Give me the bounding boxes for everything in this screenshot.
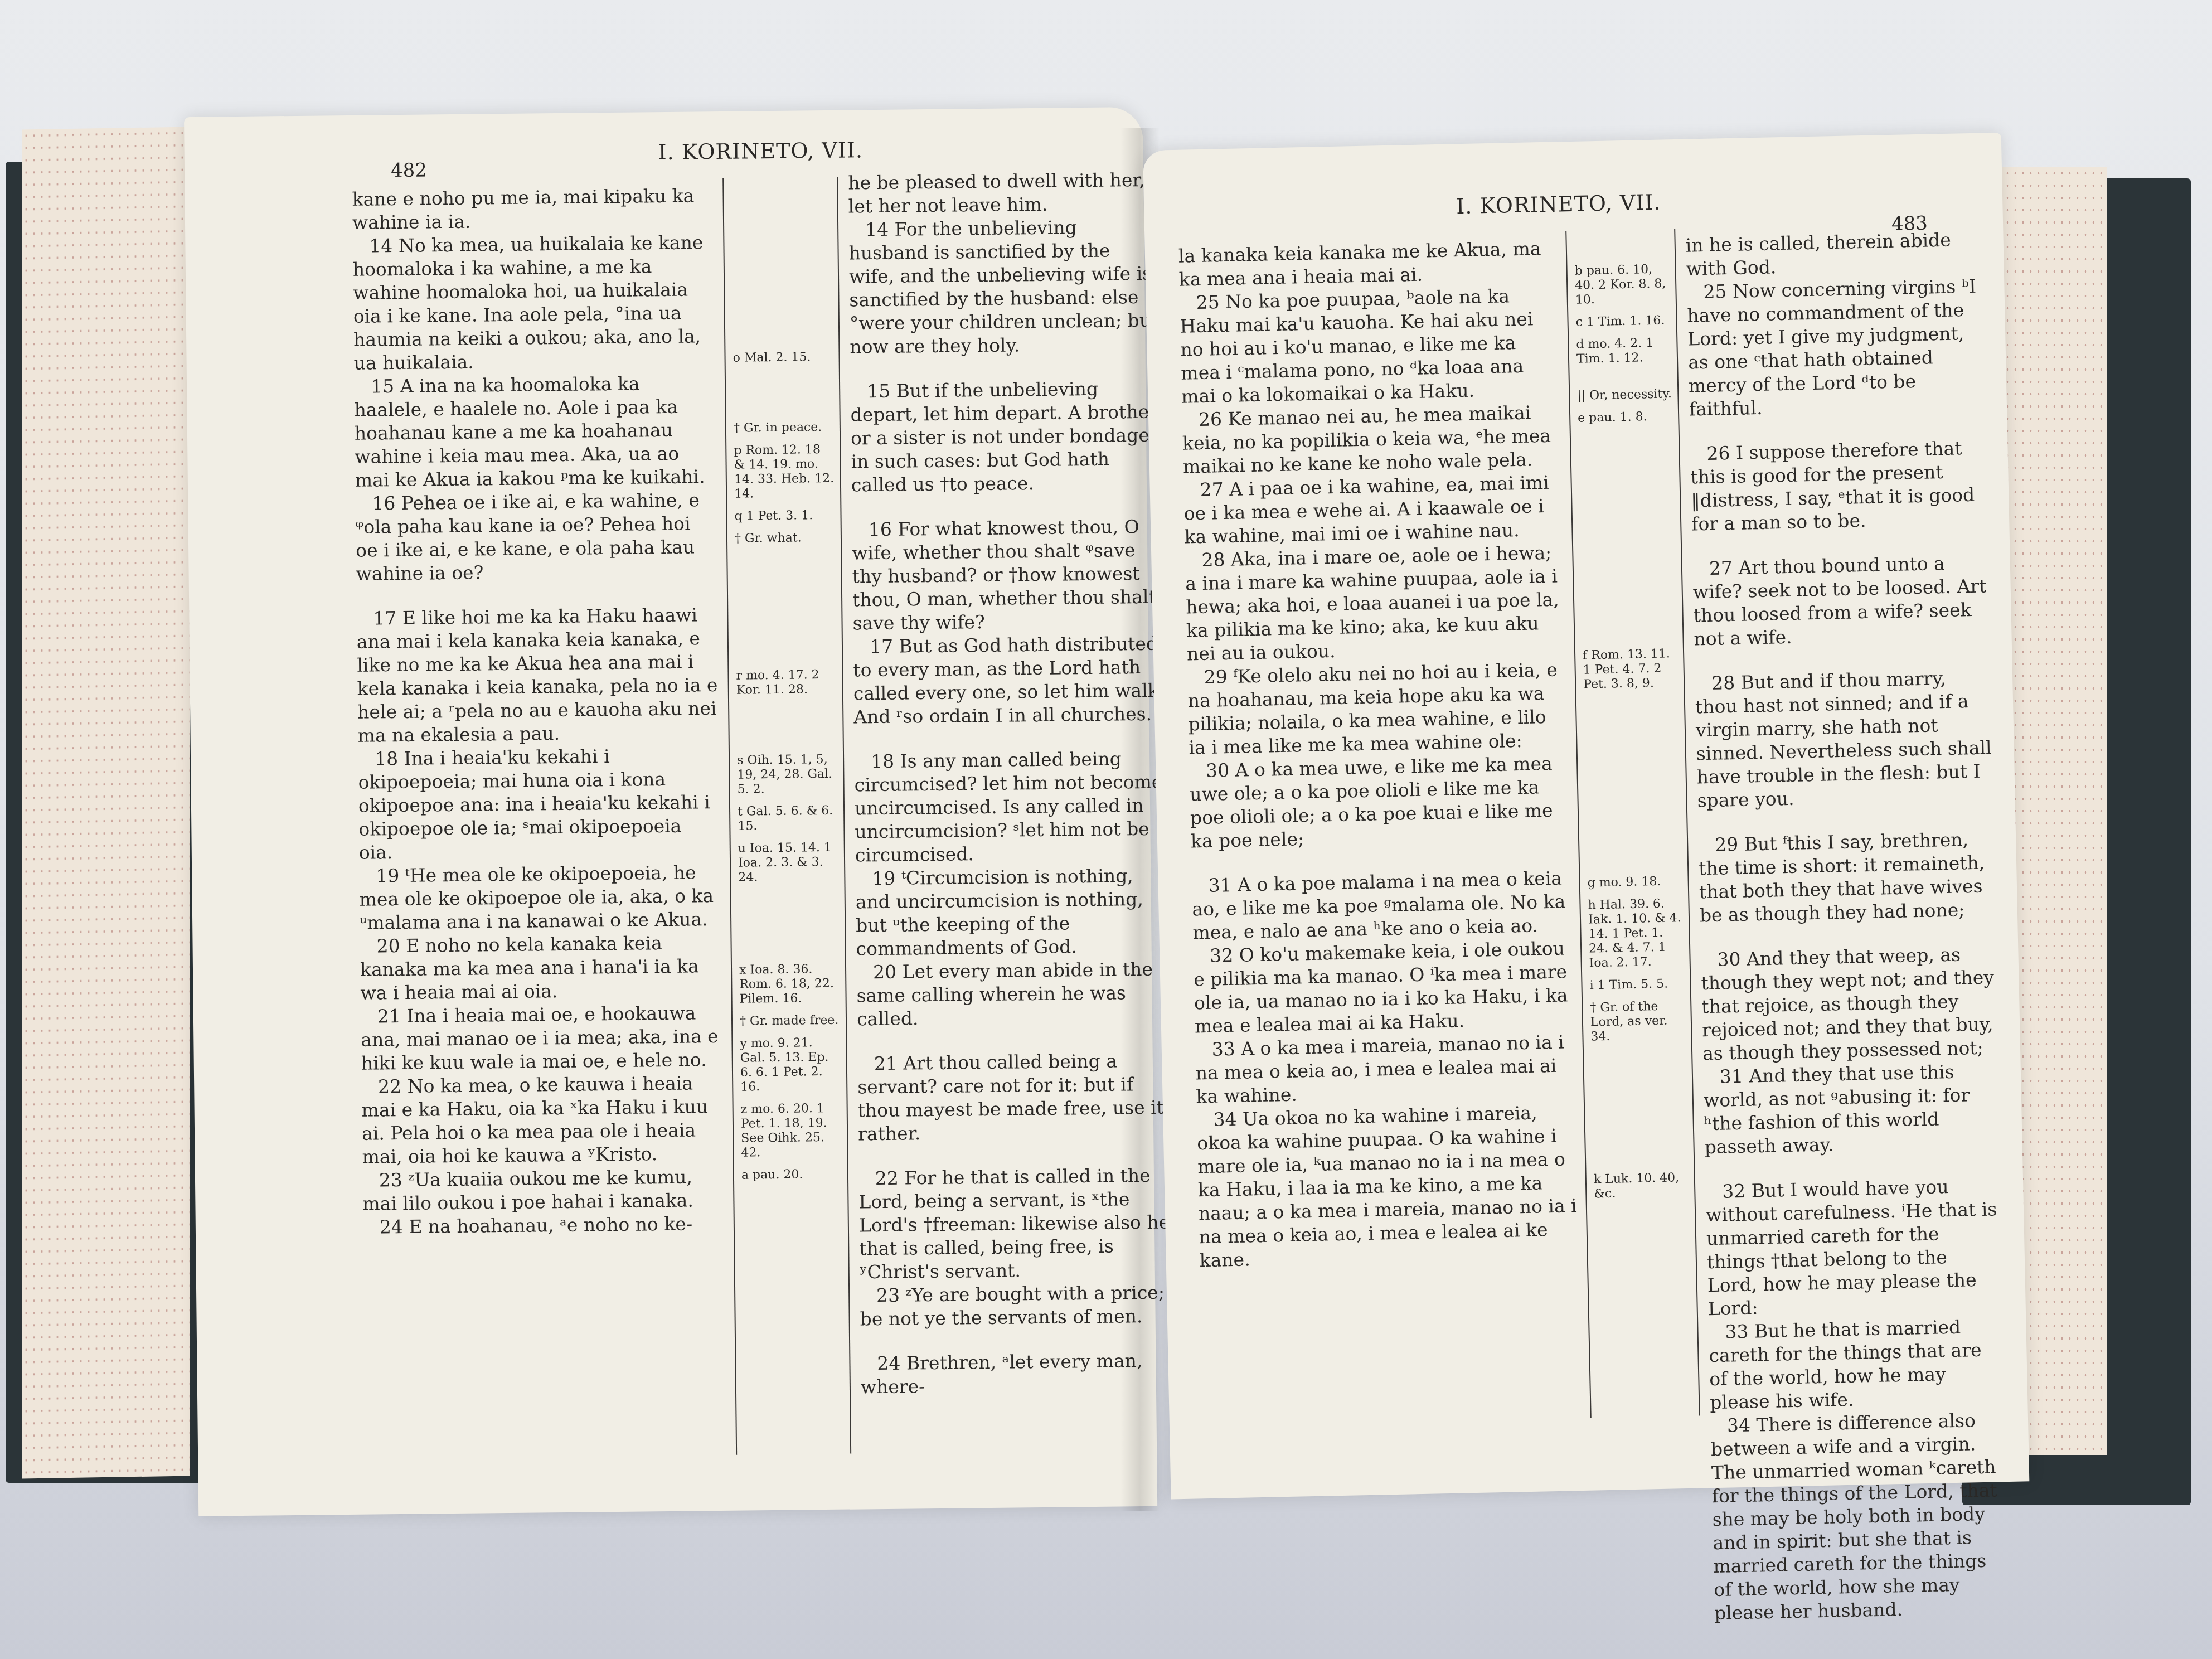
verse: 32 But I would have you without carefuln… <box>1705 1174 2004 1321</box>
verse: 24 E na hoahanau, ᵃe noho no ke- <box>363 1212 725 1239</box>
verse: 16 For what knowest thou, O wife, whethe… <box>852 515 1165 636</box>
verse: 17 But as God hath distributed to every … <box>853 632 1166 729</box>
reference: † Gr. of the Lord, as ver. 34. <box>1590 999 1686 1045</box>
running-head: I. KORINETO, VII. <box>658 138 863 164</box>
verse: he be pleased to dwell with her, let her… <box>848 168 1161 219</box>
verse: 17 E like hoi me ka ka Haku haawi ana ma… <box>356 603 720 748</box>
reference: † Gr. made free. <box>740 1013 840 1029</box>
verse: 30 A o ka mea uwe, e like me ka mea uwe … <box>1189 751 1570 853</box>
verse: 26 I suppose therefore that this is good… <box>1690 436 1987 536</box>
reference: t Gal. 5. 6. & 6. 15. <box>738 804 838 834</box>
reference: q 1 Pet. 3. 1. <box>734 508 835 524</box>
verse: 26 Ke manao nei au, he mea maikai keia, … <box>1182 400 1562 478</box>
verse: 28 But and if thou marry, thou hast not … <box>1695 666 1993 812</box>
reference: a pau. 20. <box>741 1167 842 1183</box>
hawaiian-column: kane e noho pu me ia, mai kipaku ka wahi… <box>352 184 725 1239</box>
reference: b pau. 6. 10, 40. 2 Kor. 8. 8, 10. <box>1574 262 1670 308</box>
running-head: I. KORINETO, VII. <box>1456 190 1661 219</box>
verse: 25 No ka poe puupaa, ᵇaole na ka Haku ma… <box>1179 283 1560 408</box>
reference: || Or, necessity. <box>1577 387 1672 404</box>
reference: i 1 Tim. 5. 5. <box>1589 977 1685 993</box>
english-column: in he is called, therein abide with God.… <box>1685 228 2010 1626</box>
verse: kane e noho pu me ia, mai kipaku ka wahi… <box>352 184 715 235</box>
verse: 30 And they that weep, as though they we… <box>1700 942 1998 1065</box>
reference: o Mal. 2. 15. <box>733 350 833 366</box>
reference: d mo. 4. 2. 1 Tim. 1. 12. <box>1576 336 1671 367</box>
verse: 27 Art thou bound unto a wife? seek not … <box>1692 551 1989 651</box>
cross-references: o Mal. 2. 15. † Gr. in peace. p Rom. 12.… <box>733 350 842 1191</box>
reference: e pau. 1. 8. <box>1578 409 1673 426</box>
verse: 25 Now concerning virgins ᵇI have no com… <box>1686 275 1985 421</box>
verse: 33 A o ka mea i mareia, manao no ia i na… <box>1195 1030 1575 1108</box>
verse: 15 A ina na ka hoomaloka ka haalele, e h… <box>354 371 717 492</box>
page-number: 482 <box>391 159 427 182</box>
hawaiian-column: la kanaka keia kanaka me ke Akua, ma ka … <box>1178 236 1579 1272</box>
cross-references: b pau. 6. 10, 40. 2 Kor. 8. 8, 10. c 1 T… <box>1574 262 1689 1209</box>
verse: 32 O ko'u makemake keia, i ole oukou e p… <box>1193 937 1574 1038</box>
reference: u Ioa. 15. 14. 1 Ioa. 2. 3. & 3. 24. <box>738 841 839 885</box>
verse: 14 For the unbelieving husband is sancti… <box>848 215 1162 359</box>
reference: x Ioa. 8. 36. Rom. 6. 18, 22. Pilem. 16. <box>739 962 840 1007</box>
verse: 34 There is difference also between a wi… <box>1710 1408 2010 1625</box>
reference: y mo. 9. 21. Gal. 5. 13. Ep. 6. 6. 1 Pet… <box>740 1036 841 1095</box>
reference: p Rom. 12. 18 & 14. 19. mo. 14. 33. Heb.… <box>734 443 835 502</box>
verse: 33 But he that is married careth for the… <box>1708 1314 2005 1414</box>
verse: in he is called, therein abide with God. <box>1685 228 1982 281</box>
reference: z mo. 6. 20. 1 Pet. 1. 18, 19. See Oihk.… <box>741 1102 842 1161</box>
column-rule <box>837 177 851 1454</box>
right-page: I. KORINETO, VII. 483 la kanaka keia kan… <box>1143 133 2029 1500</box>
verse: 21 Ina i heaia mai oe, e hookauwa ana, m… <box>361 1001 724 1075</box>
verse: 34 Ua okoa no ka wahine i mareia, okoa k… <box>1196 1100 1579 1272</box>
verse: 23 ᶻUa kuaiia oukou me ke kumu, mai lilo… <box>362 1165 725 1216</box>
verse: 28 Aka, ina i mare oe, aole oe i hewa; a… <box>1185 541 1566 666</box>
reference: r mo. 4. 17. 2 Kor. 11. 28. <box>736 668 837 698</box>
reference: † Gr. what. <box>735 531 835 546</box>
verse: 15 But if the unbelieving depart, let hi… <box>850 377 1163 497</box>
verse: 31 A o ka poe malama i na mea o keia ao,… <box>1191 866 1571 944</box>
verse: 19 ᵗHe mea ole ke okipoepoeia, he mea ol… <box>359 861 722 935</box>
verse: 29 ᶠKe olelo aku nei no hoi au i keia, e… <box>1187 658 1568 759</box>
verse: 31 And they that use this world, as not … <box>1703 1059 2000 1159</box>
verse: la kanaka keia kanaka me ke Akua, ma ka … <box>1178 236 1559 291</box>
verse: 22 No ka mea, o ke kauwa i heaia mai e k… <box>361 1071 725 1169</box>
verse: 27 A i paa oe i ka wahine, ea, mai imi o… <box>1183 470 1563 549</box>
verse: 20 E noho no kela kanaka keia kanaka ma … <box>360 931 722 1005</box>
left-page: 482 I. KORINETO, VII. kane e noho pu me … <box>184 107 1157 1516</box>
reference: g mo. 9. 18. <box>1587 874 1682 891</box>
reference: f Rom. 13. 11. 1 Pet. 4. 7. 2 Pet. 3. 8,… <box>1583 647 1679 692</box>
verse: 16 Pehea oe i ike ai, e ka wahine, e ᵠol… <box>355 488 719 586</box>
reference: † Gr. in peace. <box>734 420 834 436</box>
reference: c 1 Tim. 1. 16. <box>1575 313 1671 330</box>
reference: h Hal. 39. 6. Iak. 1. 10. & 4. 14. 1 Pet… <box>1588 896 1684 971</box>
reference: s Oih. 15. 1, 5, 19, 24, 28. Gal. 5. 2. <box>737 753 838 797</box>
verse: 29 But ᶠthis I say, brethren, the time i… <box>1698 827 1995 927</box>
verse: 14 No ka mea, ua huikalaia ke kane hooma… <box>352 231 716 375</box>
page-edges-left <box>22 127 190 1478</box>
reference: k Luk. 10. 40, &c. <box>1594 1171 1689 1202</box>
verse: 18 Ina i heaia'ku kekahi i okipoepoeia; … <box>358 744 721 865</box>
